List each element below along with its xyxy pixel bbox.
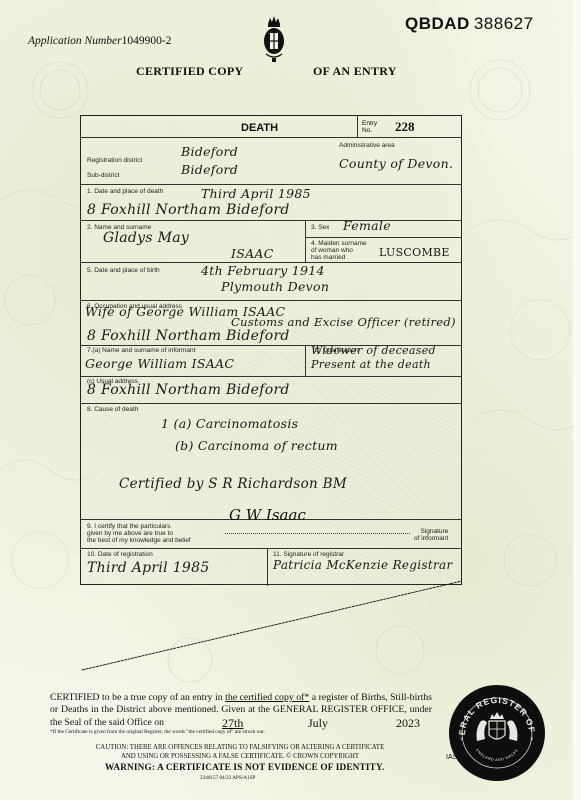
rule <box>81 137 461 138</box>
administrative-area-label: Administrative area <box>339 142 395 149</box>
registration-district-label: Registration district <box>87 157 142 164</box>
rule <box>81 300 461 301</box>
registration-district-value: Bideford <box>181 144 238 159</box>
informant-address-value: 8 Foxhill Northam Bideford <box>87 382 290 398</box>
rule <box>81 220 461 221</box>
rule <box>267 548 268 586</box>
title-of-an-entry: OF AN ENTRY <box>313 64 397 79</box>
registration-date-value: Third April 1985 <box>87 560 210 576</box>
general-register-office-seal-icon: GENERAL REGISTER OFFICE ENGLAND AND WALE… <box>447 683 547 783</box>
death-register-entry: DEATH EntryNo. 228 Registration district… <box>80 115 462 585</box>
maiden-surname-value: LUSCOMBE <box>379 246 450 259</box>
paper-edge <box>573 0 581 800</box>
title-certified-copy: CERTIFIED COPY <box>136 64 243 79</box>
identity-warning: WARNING: A CERTIFICATE IS NOT EVIDENCE O… <box>105 762 384 772</box>
occupation-value-2: Customs and Excise Officer (retired) <box>231 315 456 329</box>
birth-place-value: Plymouth Devon <box>221 279 329 294</box>
certificate-serial: QBDAD388627 <box>405 14 534 34</box>
royal-crest-icon <box>262 14 286 64</box>
application-number-label: Application Number <box>28 35 122 47</box>
register-heading: DEATH <box>241 122 278 134</box>
caution-notice: CAUTION: THERE ARE OFFENCES RELATING TO … <box>70 743 410 761</box>
svg-text:×: × <box>530 737 534 743</box>
death-date-value: Third April 1985 <box>201 186 311 201</box>
rule <box>81 403 461 404</box>
entry-number: 228 <box>395 119 415 135</box>
maiden-surname-label: 4. Maiden surnameof woman whohas married <box>311 240 367 261</box>
signature-informant-label: Signatureof informant <box>414 528 448 542</box>
footnote: *If the Certificate is given from the or… <box>50 729 265 735</box>
serial-number: 388627 <box>474 14 534 33</box>
application-number-value: 1049900-2 <box>122 35 172 47</box>
date-registration-label: 10. Date of registration <box>87 551 153 558</box>
certify-label: 9. I certify that the particularsgiven b… <box>87 523 191 544</box>
qualification-value-1: Widower of deceased <box>311 344 436 357</box>
sex-value: Female <box>343 218 391 233</box>
qualification-value-2: Present at the death <box>311 358 431 371</box>
rule <box>305 345 306 376</box>
usual-address-value: 8 Foxhill Northam Bideford <box>87 328 290 344</box>
issue-year: 2023 <box>396 716 420 731</box>
application-number: Application Number1049900-2 <box>28 35 171 47</box>
signature-registrar-label: 11. Signature of registrar <box>273 551 344 558</box>
certified-by-value: Certified by S R Richardson BM <box>119 476 347 492</box>
sub-district-value: Bideford <box>181 162 238 177</box>
signature-dotted-line <box>225 533 410 534</box>
print-code: 2340157 04/23 APS/A1SP <box>200 775 255 781</box>
rule <box>81 184 461 185</box>
registrar-signature: Patricia McKenzie Registrar <box>273 558 453 572</box>
cause-1a-value: 1 (a) Carcinomatosis <box>161 416 298 431</box>
sub-district-label: Sub-district <box>87 172 120 179</box>
date-place-death-label: 1. Date and place of death <box>87 188 163 195</box>
administrative-area-value: County of Devon. <box>339 156 453 171</box>
issue-month: July <box>308 716 328 731</box>
forenames-value: Gladys May <box>103 230 189 246</box>
rule <box>81 376 461 377</box>
cause-of-death-label: 8. Cause of death <box>87 406 138 413</box>
sex-label: 3. Sex <box>311 224 329 231</box>
informant-name-label: 7.(a) Name and surname of informant <box>87 347 195 354</box>
serial-prefix: QBDAD <box>405 14 470 33</box>
rule <box>81 548 461 549</box>
cause-1b-value: (b) Carcinoma of rectum <box>175 438 338 453</box>
rule <box>305 237 461 238</box>
entry-no-label: EntryNo. <box>362 120 377 134</box>
svg-text:×: × <box>460 737 464 743</box>
date-place-birth-label: 5. Date and place of birth <box>87 267 160 274</box>
informant-name-value: George William ISAAC <box>85 356 234 371</box>
birth-date-value: 4th February 1914 <box>201 263 325 278</box>
rule <box>357 116 358 137</box>
surname-value: ISAAC <box>231 246 274 261</box>
rule <box>305 220 306 262</box>
death-place-value: 8 Foxhill Northam Bideford <box>87 202 290 218</box>
informant-signature: G W Isaac <box>229 506 306 524</box>
